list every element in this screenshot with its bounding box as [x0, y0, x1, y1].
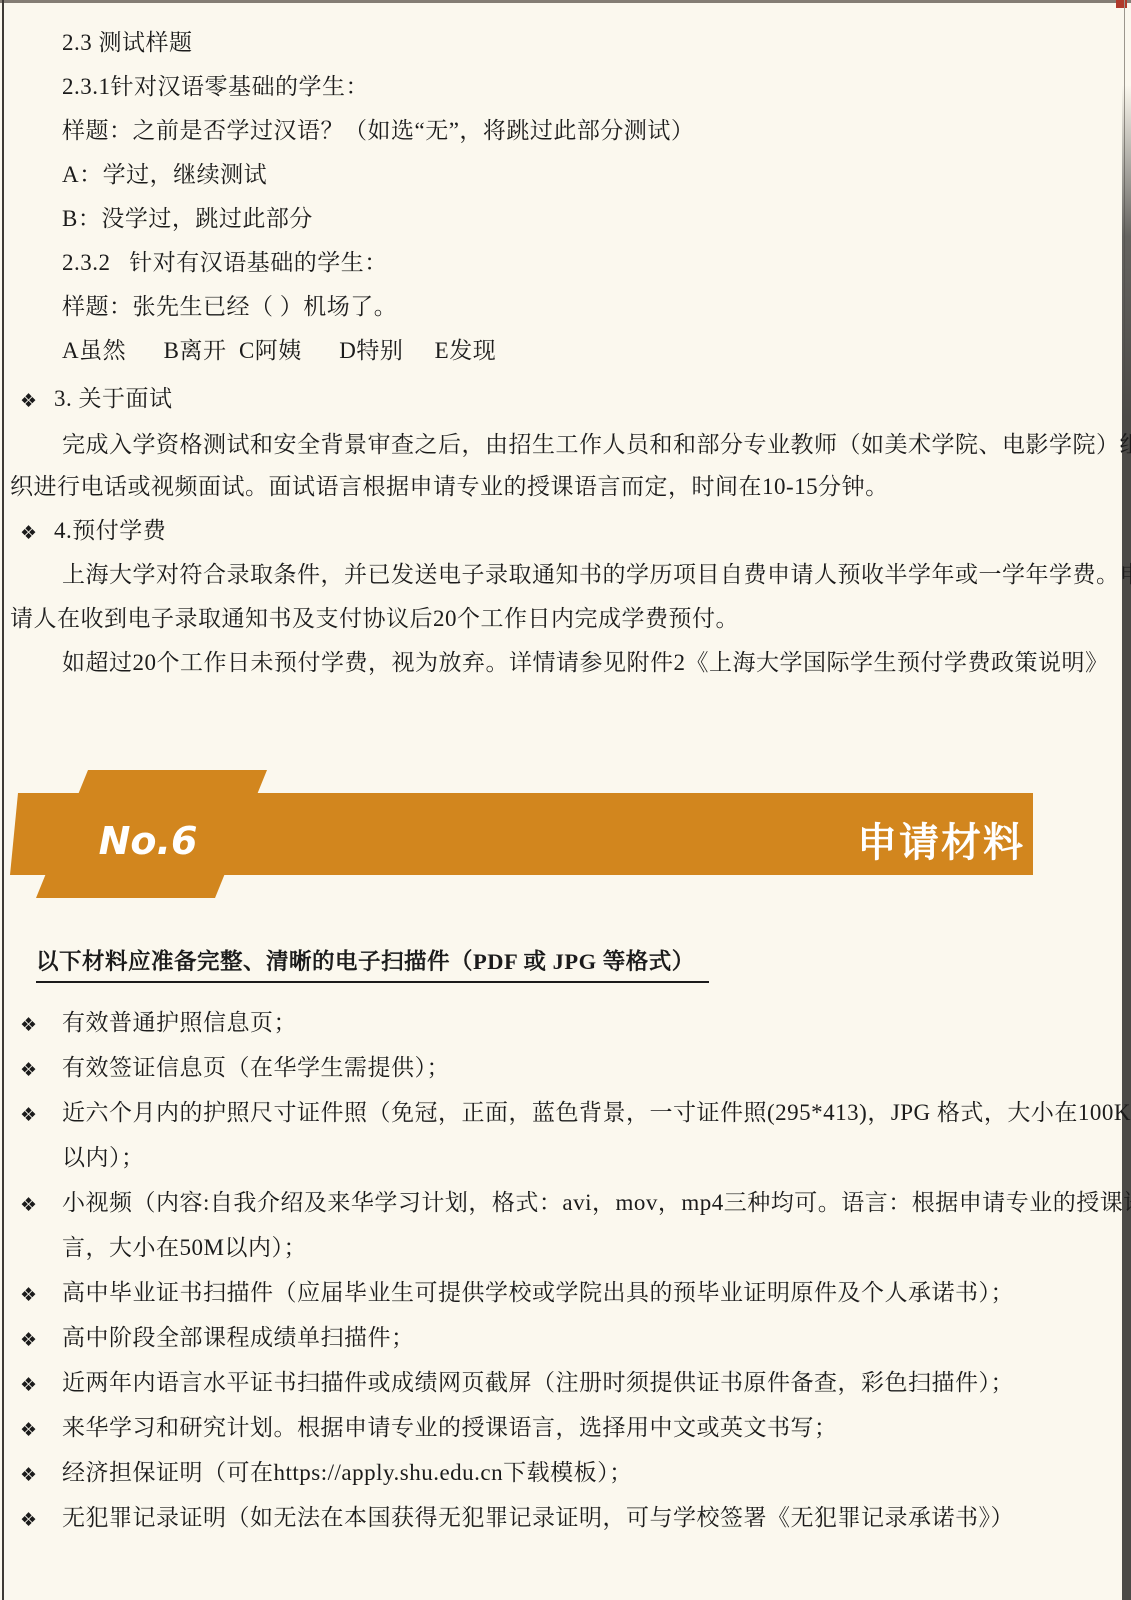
diamond-bullet-icon: ❖	[20, 1280, 38, 1310]
list-item: ❖ 来华学习和研究计划。根据申请专业的授课语言，选择用中文或英文书写；	[0, 1413, 1131, 1445]
diamond-bullet-icon: ❖	[20, 1370, 38, 1400]
banner-title: 申请材料	[857, 820, 1025, 866]
diamond-bullet-icon: ❖	[20, 1505, 38, 1535]
list-item: ❖ 有效签证信息页（在华学生需提供）；	[0, 1053, 1131, 1085]
text-line: 2.3.2 针对有汉语基础的学生：	[62, 248, 388, 278]
text-line: A：学过，继续测试	[62, 160, 267, 190]
text-line: 请人在收到电子录取通知书及支付协议后20个工作日内完成学费预付。	[10, 604, 739, 634]
text-line: 2.3 测试样题	[62, 28, 193, 58]
list-item: ❖ 高中毕业证书扫描件（应届毕业生可提供学校或学院出具的预毕业证明原件及个人承诺…	[0, 1278, 1131, 1310]
diamond-bullet-icon: ❖	[20, 1325, 38, 1355]
list-item-text: 高中阶段全部课程成绩单扫描件；	[62, 1323, 415, 1353]
text-line: 织进行电话或视频面试。面试语言根据申请专业的授课语言而定，时间在10-15分钟。	[10, 472, 889, 502]
text-line: A虽然 B离开 C阿姨 D特别 E发现	[62, 336, 496, 366]
list-item-text: 小视频（内容:自我介绍及来华学习计划，格式：avi，mov，mp4三种均可。语言…	[62, 1188, 1131, 1218]
list-item: ❖ 无犯罪记录证明（如无法在本国获得无犯罪记录证明，可与学校签署《无犯罪记录承诺…	[0, 1503, 1131, 1535]
section-prepay-title: 4.预付学费	[54, 516, 166, 546]
text-line: B：没学过，跳过此部分	[62, 204, 313, 234]
diamond-bullet-icon: ❖	[20, 1055, 38, 1085]
text-line: 如超过20个工作日未预付学费，视为放弃。详情请参见附件2《上海大学国际学生预付学…	[62, 648, 1109, 678]
diamond-bullet-icon: ❖	[20, 1460, 38, 1490]
diamond-bullet-icon: ❖	[20, 1415, 38, 1445]
text-line: 完成入学资格测试和安全背景审查之后，由招生工作人员和和部分专业教师（如美术学院、…	[62, 430, 1131, 460]
diamond-bullet-icon: ❖	[20, 518, 38, 548]
list-item-text: 无犯罪记录证明（如无法在本国获得无犯罪记录证明，可与学校签署《无犯罪记录承诺书》…	[62, 1503, 1014, 1533]
list-item: ❖ 经济担保证明（可在https://apply.shu.edu.cn下载模板）…	[0, 1458, 1131, 1490]
page-top-edge	[0, 0, 1131, 3]
list-item-text: 高中毕业证书扫描件（应届毕业生可提供学校或学院出具的预毕业证明原件及个人承诺书）…	[62, 1278, 1014, 1308]
list-item: ❖ 高中阶段全部课程成绩单扫描件；	[0, 1323, 1131, 1355]
list-item: ❖ 近两年内语言水平证书扫描件或成绩网页截屏（注册时须提供证书原件备查，彩色扫描…	[0, 1368, 1131, 1400]
diamond-bullet-icon: ❖	[20, 386, 38, 416]
section-interview-title: 3. 关于面试	[54, 384, 173, 414]
section-interview-heading: ❖ 3. 关于面试	[0, 384, 1131, 416]
text-line: 上海大学对符合录取条件，并已发送电子录取通知书的学历项目自费申请人预收半学年或一…	[62, 560, 1131, 590]
list-item: ❖ 近六个月内的护照尺寸证件照（免冠，正面，蓝色背景，一寸证件照(295*413…	[0, 1098, 1131, 1130]
list-item-text: 近六个月内的护照尺寸证件照（免冠，正面，蓝色背景，一寸证件照(295*413)，…	[62, 1098, 1131, 1128]
materials-heading: 以下材料应准备完整、清晰的电子扫描件（PDF 或 JPG 等格式）	[36, 944, 709, 983]
text-line: 2.3.1针对汉语零基础的学生：	[62, 72, 369, 102]
section-banner: No.6 申请材料	[0, 770, 1131, 900]
list-item-continuation: 言，大小在50M以内）；	[0, 1233, 1131, 1265]
section-prepay-heading: ❖ 4.预付学费	[0, 516, 1131, 548]
document-page: { "page": { "background": "#FBF8EE", "te…	[0, 0, 1131, 1600]
list-item-text: 近两年内语言水平证书扫描件或成绩网页截屏（注册时须提供证书原件备查，彩色扫描件）…	[62, 1368, 1014, 1398]
list-item-text: 有效签证信息页（在华学生需提供）；	[62, 1053, 450, 1083]
list-item-text: 言，大小在50M以内）；	[62, 1233, 307, 1263]
list-item-text: 以内）；	[62, 1143, 145, 1173]
page-corner-mark	[1116, 0, 1127, 8]
list-item: ❖ 有效普通护照信息页；	[0, 1008, 1131, 1040]
list-item-text: 经济担保证明（可在https://apply.shu.edu.cn下载模板）；	[62, 1458, 633, 1488]
diamond-bullet-icon: ❖	[20, 1100, 38, 1130]
banner-number: No.6	[99, 819, 198, 863]
list-item-text: 来华学习和研究计划。根据申请专业的授课语言，选择用中文或英文书写；	[62, 1413, 838, 1443]
list-item: ❖ 小视频（内容:自我介绍及来华学习计划，格式：avi，mov，mp4三种均可。…	[0, 1188, 1131, 1220]
list-item-continuation: 以内）；	[0, 1143, 1131, 1175]
diamond-bullet-icon: ❖	[20, 1010, 38, 1040]
text-line: 样题：张先生已经（ ）机场了。	[62, 292, 397, 322]
diamond-bullet-icon: ❖	[20, 1190, 38, 1220]
list-item-text: 有效普通护照信息页；	[62, 1008, 297, 1038]
text-line: 样题：之前是否学过汉语？（如选“无”，将跳过此部分测试）	[62, 116, 694, 146]
